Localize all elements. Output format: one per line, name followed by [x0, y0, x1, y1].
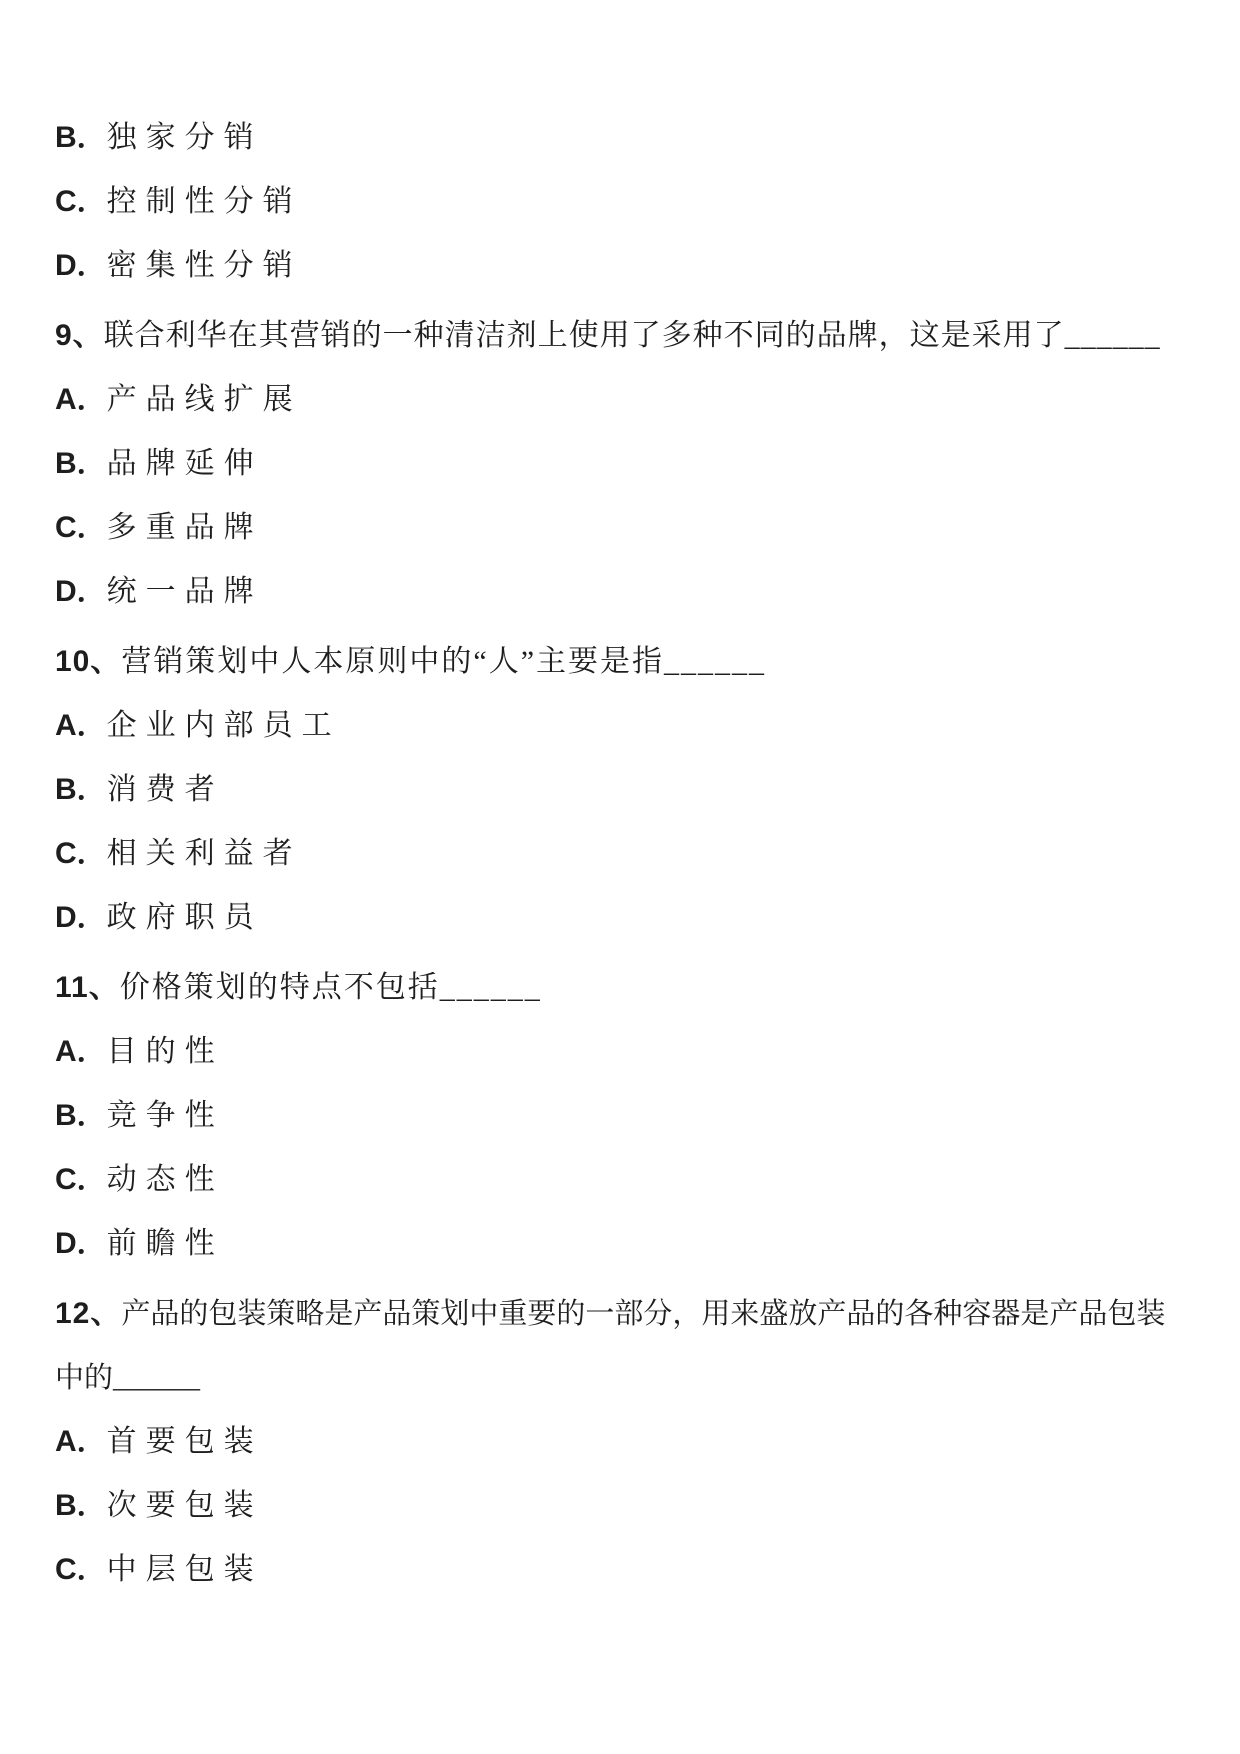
- question-10-option-d: D．政府职员: [55, 886, 1185, 950]
- question-11: 11、价格策划的特点不包括______: [55, 956, 1185, 1020]
- option-text: 统一品牌: [107, 575, 263, 608]
- option-text: 动态性: [107, 1163, 224, 1196]
- question-number: 11、: [55, 971, 120, 1004]
- option-letter: A．: [55, 694, 107, 758]
- option-letter: D．: [55, 886, 107, 950]
- option-letter: C．: [55, 1148, 107, 1212]
- question-text: 价格策划的特点不包括______: [120, 971, 542, 1004]
- question-text: 联合利华在其营销的一种清洁剂上使用了多种不同的品牌，这是采用了______: [104, 319, 1161, 352]
- option-letter: B．: [55, 1084, 107, 1148]
- option-text: 品牌延伸: [107, 447, 263, 480]
- question-text: 产品的包装策略是产品策划中重要的一部分，用来盛放产品的各种容器是产品包装中的__…: [55, 1298, 1165, 1394]
- option-text: 前瞻性: [107, 1227, 224, 1260]
- option-letter: B．: [55, 106, 107, 170]
- option-text: 中层包装: [107, 1553, 263, 1586]
- question-9-option-a: A．产品线扩展: [55, 368, 1185, 432]
- option-text: 产品线扩展: [107, 383, 302, 416]
- question-9-option-c: C．多重品牌: [55, 496, 1185, 560]
- option-text: 企业内部员工: [107, 709, 341, 742]
- option-text: 相关利益者: [107, 837, 302, 870]
- question-10-option-a: A．企业内部员工: [55, 694, 1185, 758]
- option-letter: B．: [55, 432, 107, 496]
- option-letter: D．: [55, 234, 107, 298]
- option-letter: A．: [55, 1410, 107, 1474]
- option-letter: C．: [55, 822, 107, 886]
- question-number: 12、: [55, 1297, 121, 1330]
- option-letter: B．: [55, 1474, 107, 1538]
- question-9-option-d: D．统一品牌: [55, 560, 1185, 624]
- option-text: 多重品牌: [107, 511, 263, 544]
- continuation-option-b: B．独家分销: [55, 106, 1185, 170]
- question-11-option-d: D．前瞻性: [55, 1212, 1185, 1276]
- option-letter: D．: [55, 1212, 107, 1276]
- question-11-option-a: A．目的性: [55, 1020, 1185, 1084]
- option-text: 控制性分销: [107, 185, 302, 218]
- question-9-option-b: B．品牌延伸: [55, 432, 1185, 496]
- option-text: 密集性分销: [107, 249, 302, 282]
- option-text: 独家分销: [107, 121, 263, 154]
- question-9: 9、联合利华在其营销的一种清洁剂上使用了多种不同的品牌，这是采用了______: [55, 304, 1185, 368]
- option-letter: A．: [55, 1020, 107, 1084]
- document-page: B．独家分销 C．控制性分销 D．密集性分销 9、联合利华在其营销的一种清洁剂上…: [0, 0, 1240, 1754]
- option-text: 次要包装: [107, 1489, 263, 1522]
- option-letter: A．: [55, 368, 107, 432]
- option-letter: C．: [55, 170, 107, 234]
- option-text: 消费者: [107, 773, 224, 806]
- question-number: 10、: [55, 645, 121, 678]
- question-12-option-b: B．次要包装: [55, 1474, 1185, 1538]
- option-text: 竞争性: [107, 1099, 224, 1132]
- continuation-option-c: C．控制性分销: [55, 170, 1185, 234]
- continuation-option-d: D．密集性分销: [55, 234, 1185, 298]
- option-letter: B．: [55, 758, 107, 822]
- question-12-option-a: A．首要包装: [55, 1410, 1185, 1474]
- question-11-option-b: B．竞争性: [55, 1084, 1185, 1148]
- question-number: 9、: [55, 319, 104, 352]
- option-letter: D．: [55, 560, 107, 624]
- question-12-option-c: C．中层包装: [55, 1538, 1185, 1602]
- question-10: 10、营销策划中人本原则中的“人”主要是指______: [55, 630, 1185, 694]
- question-text: 营销策划中人本原则中的“人”主要是指______: [121, 645, 766, 678]
- option-text: 首要包装: [107, 1425, 263, 1458]
- question-12: 12、产品的包装策略是产品策划中重要的一部分，用来盛放产品的各种容器是产品包装中…: [55, 1282, 1185, 1410]
- option-text: 目的性: [107, 1035, 224, 1068]
- question-10-option-b: B．消费者: [55, 758, 1185, 822]
- question-11-option-c: C．动态性: [55, 1148, 1185, 1212]
- option-letter: C．: [55, 1538, 107, 1602]
- option-letter: C．: [55, 496, 107, 560]
- question-10-option-c: C．相关利益者: [55, 822, 1185, 886]
- option-text: 政府职员: [107, 901, 263, 934]
